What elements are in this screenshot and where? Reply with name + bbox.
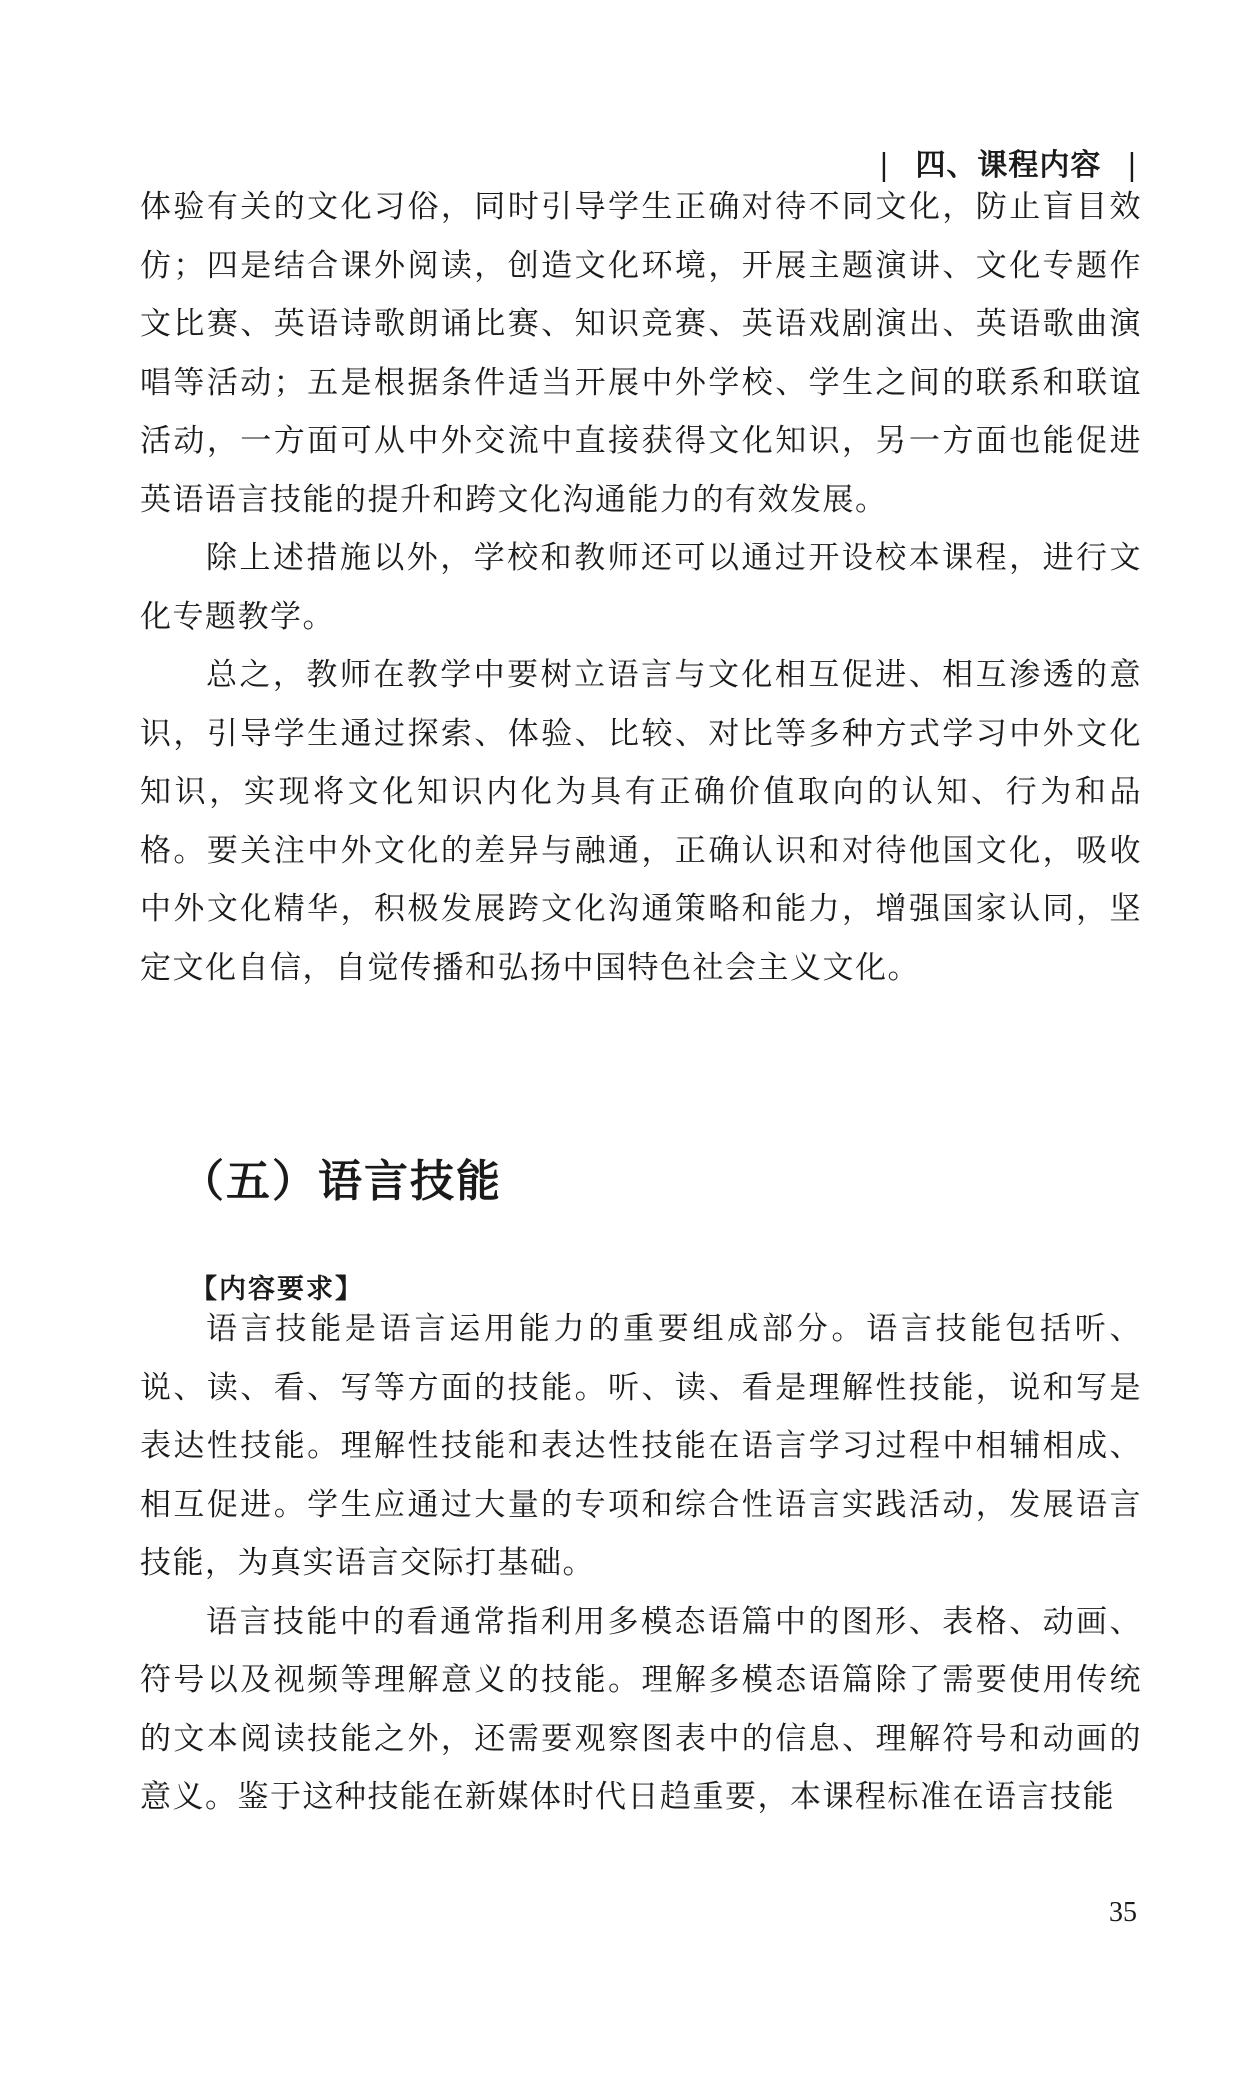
paragraph-summary: 总之，教师在教学中要树立语言与文化相互促进、相互渗透的意识，引导学生通过探索、体… bbox=[140, 646, 1142, 997]
paragraph-continuation: 体验有关的文化习俗，同时引导学生正确对待不同文化，防止盲目效仿；四是结合课外阅读… bbox=[140, 178, 1142, 529]
section-title: （五）语言技能 bbox=[180, 1145, 502, 1209]
paragraph-language-skills: 语言技能是语言运用能力的重要组成部分。语言技能包括听、说、读、看、写等方面的技能… bbox=[140, 1300, 1142, 1593]
lower-body: 语言技能是语言运用能力的重要组成部分。语言技能包括听、说、读、看、写等方面的技能… bbox=[140, 1300, 1142, 1827]
paragraph-viewing-skills: 语言技能中的看通常指利用多模态语篇中的图形、表格、动画、符号以及视频等理解意义的… bbox=[140, 1593, 1142, 1827]
paragraph-school-courses: 除上述措施以外，学校和教师还可以通过开设校本课程，进行文化专题教学。 bbox=[140, 529, 1142, 646]
upper-body: 体验有关的文化习俗，同时引导学生正确对待不同文化，防止盲目效仿；四是结合课外阅读… bbox=[140, 178, 1142, 997]
page-number: 35 bbox=[1109, 1897, 1137, 1929]
